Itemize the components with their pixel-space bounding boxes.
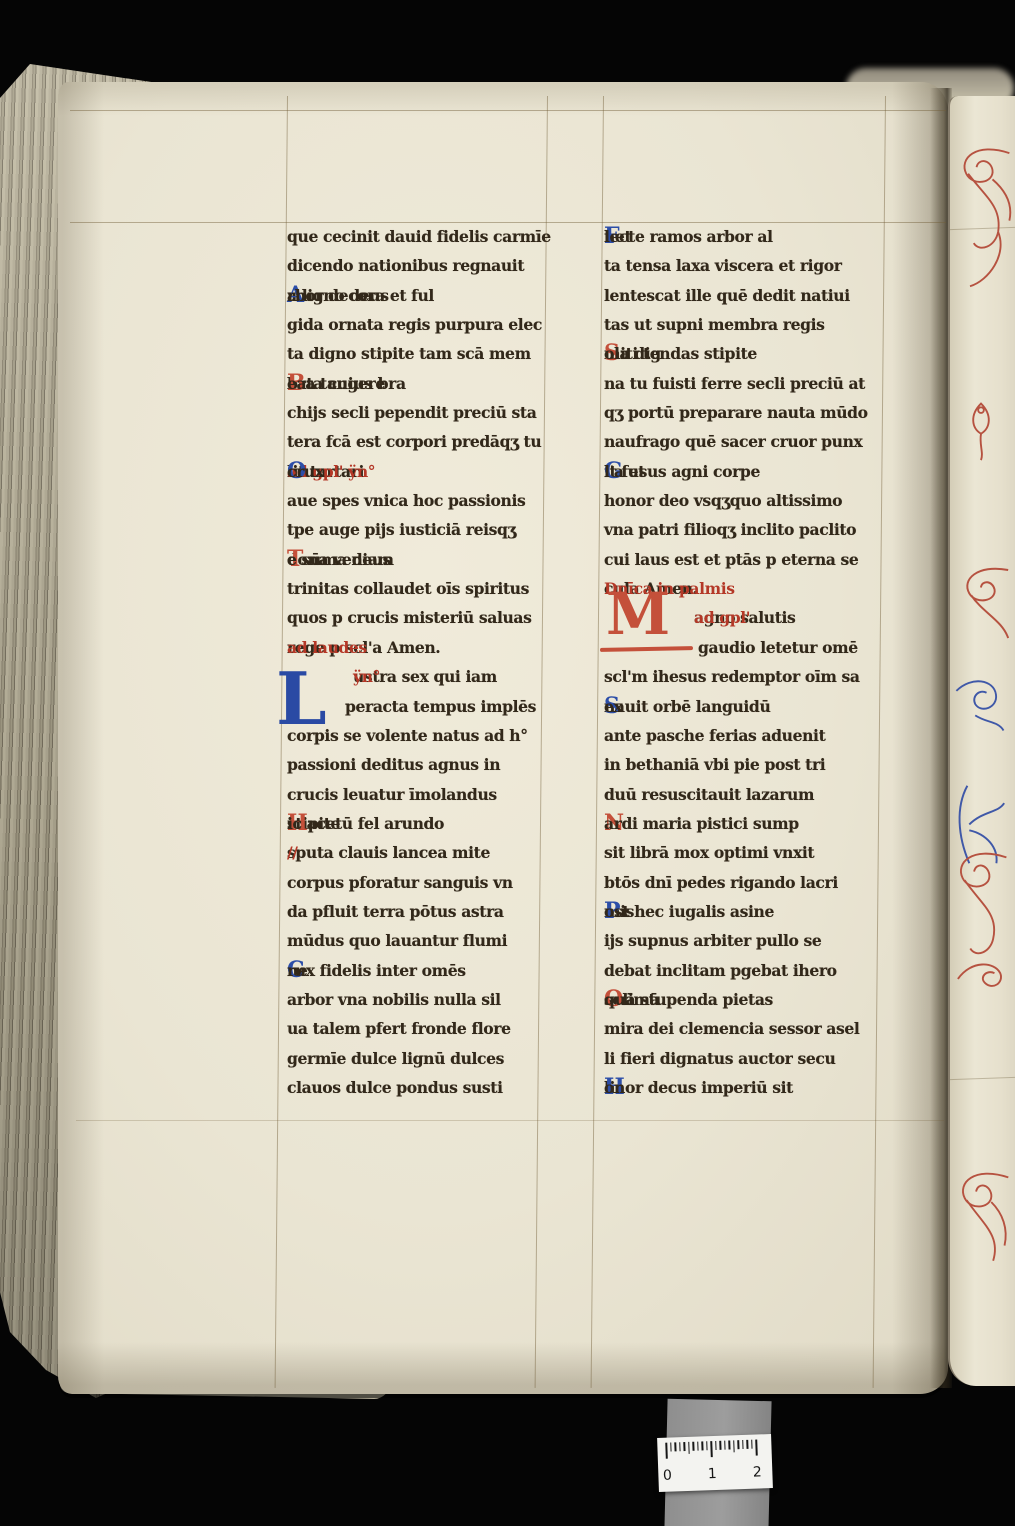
text-line: tas ut supni membra regis xyxy=(604,310,898,339)
body-text: rux fidelis inter omēs xyxy=(287,956,466,985)
text-line: corpus pforatur sanguis vn xyxy=(287,868,581,897)
ruler-tick xyxy=(674,1442,676,1451)
body-text: gida ornata regis purpura elec xyxy=(287,310,542,339)
body-text: quos p crucis misteriū saluas xyxy=(287,603,532,632)
ruling-line-horizontal xyxy=(76,1120,944,1121)
body-text: arbor vna nobilis nulla sil xyxy=(287,985,501,1014)
ruler-tick xyxy=(701,1441,703,1450)
text-line: germīe dulce lignū dulces xyxy=(287,1044,581,1073)
body-text: ost hec iugalis asine xyxy=(604,897,774,926)
body-text: quā stupenda pietas xyxy=(604,985,773,1014)
rubric-text: ad gpl' xyxy=(694,603,750,632)
manuscript-photo-scene: que cecinit dauid fidelis carmīedicendo … xyxy=(0,0,1015,1526)
body-text: sputa clauis lancea mite xyxy=(287,838,490,867)
body-text: vna patri filioqʒ inclito paclito xyxy=(604,515,856,544)
body-text: peracta tempus implēs xyxy=(345,692,536,721)
body-text: sit librā mox optimi vnxit xyxy=(604,838,814,867)
text-line: lit tartari ad gpl' ÿn° Ocrux xyxy=(287,457,581,486)
rubric-text: ad laudes xyxy=(287,633,367,662)
rubric-text: Dnīca in palmis xyxy=(604,574,735,603)
text-line: rege p scl'a Amen. ad laudes xyxy=(287,633,581,662)
penwork-flourish-icon xyxy=(940,140,1015,290)
body-text: debat inclitam pgebat ihero xyxy=(604,956,837,985)
ruler-tick xyxy=(742,1440,744,1449)
body-text: corpus pforatur sanguis vn xyxy=(287,868,513,897)
text-line: honor deo vsqʒquo altissimo xyxy=(604,486,898,515)
ruler-number: 1 xyxy=(705,1464,720,1484)
text-line: peracta tempus implēs xyxy=(287,692,581,721)
text-line: passioni deditus agnus in xyxy=(287,750,581,779)
body-text: e sūma deus xyxy=(287,545,391,574)
text-line: vna patri filioqʒ inclito paclito xyxy=(604,515,898,544)
text-line: aue spes vnica hoc passionis xyxy=(287,486,581,515)
body-text: que cecinit dauid fidelis carmīe xyxy=(287,222,551,251)
text-line: dona veniam Te sūma deus xyxy=(287,545,581,574)
text-line: na tu fuisti ferre secli preciū at xyxy=(604,369,898,398)
penwork-flourish-icon xyxy=(952,952,1010,1004)
ruler-tick xyxy=(697,1442,699,1451)
text-line: in bethaniā vbi pie post tri xyxy=(604,750,898,779)
body-text: ic acetū fel arundo xyxy=(287,809,444,838)
text-line: quos p crucis misteriū saluas xyxy=(287,603,581,632)
body-text: tas ut supni membra regis xyxy=(604,310,825,339)
text-line: mira dei clemencia sessor asel xyxy=(604,1014,898,1043)
body-text: ex xyxy=(604,692,622,721)
text-line: arbor vna nobilis nulla sil xyxy=(287,985,581,1014)
ruler-tick xyxy=(715,1441,717,1450)
body-text: ta tensa laxa viscera et rigor xyxy=(604,251,842,280)
body-text: onor decus imperiū sit xyxy=(604,1073,793,1102)
text-line: debat inclitam pgebat ihero xyxy=(604,956,898,985)
body-text: li fieri dignatus auctor secu xyxy=(604,1044,835,1073)
ruler-number: 2 xyxy=(750,1462,765,1482)
body-text: passioni deditus agnus in xyxy=(287,750,500,779)
ruler-tick xyxy=(724,1441,726,1450)
body-text: rbor decora et ful xyxy=(287,281,434,310)
ruling-line-horizontal xyxy=(70,110,946,111)
text-line: ustra sex qui iam ÿn° xyxy=(287,662,581,691)
body-text: germīe dulce lignū dulces xyxy=(287,1044,504,1073)
text-line: stipite Hic acetū fel arundo xyxy=(287,809,581,838)
text-line: it fusus agni corpe Gl'a et xyxy=(604,457,898,486)
text-line: solimā Oquā stupenda pietas xyxy=(604,985,898,1014)
body-text: ta digno stipite tam scā mem xyxy=(287,339,531,368)
rubric-text: // xyxy=(287,838,298,867)
body-text: dicendo nationibus regnauit xyxy=(287,251,524,280)
text-line: que cecinit dauid fidelis carmīe xyxy=(287,222,581,251)
body-text: ante pasche ferias aduenit xyxy=(604,721,825,750)
text-line: li Honor decus imperiū sit xyxy=(604,1073,898,1102)
text-line: net Flecte ramos arbor al xyxy=(604,222,898,251)
body-text: gaudio letetur omē xyxy=(698,633,858,662)
ruler-tick xyxy=(683,1442,685,1451)
body-text: chijs secli pependit preciū sta xyxy=(287,398,536,427)
ruler-tick xyxy=(688,1442,690,1454)
text-line: gida ornata regis purpura elec xyxy=(287,310,581,339)
rubric-text: ÿn° xyxy=(353,662,380,691)
text-line: tpe auge pijs iusticiā reisqʒ xyxy=(287,515,581,544)
text-column-right: net Flecte ramos arbor alta tensa laxa v… xyxy=(604,222,898,1102)
text-line: da pfluit terra pōtus astra xyxy=(287,897,581,926)
text-line: cui laus est et ptās p eterna se xyxy=(604,545,898,574)
text-line: miti tendas stipite Sola dig xyxy=(604,339,898,368)
penwork-flourish-icon xyxy=(948,672,1010,738)
text-line: gaudio letetur omē xyxy=(604,633,898,662)
text-line: ne Crux fidelis inter omēs xyxy=(287,956,581,985)
text-line: lentescat ille quē dedit natiui xyxy=(604,281,898,310)
ruler-scale: 012 xyxy=(657,1434,773,1492)
body-text: scl'm ihesus redemptor oīm sa xyxy=(604,662,860,691)
body-text: btōs dnī pedes rigando lacri xyxy=(604,868,838,897)
text-line: corpis se volente natus ad h° xyxy=(287,721,581,750)
ruler-tick xyxy=(670,1443,672,1452)
text-line: sputa clauis lancea mite // xyxy=(287,838,581,867)
body-text: lentescat ille quē dedit natiui xyxy=(604,281,850,310)
text-line: dicendo nationibus regnauit xyxy=(287,251,581,280)
body-text: eata cuius bra xyxy=(287,369,406,398)
ruler-number: 0 xyxy=(660,1465,675,1485)
penwork-flourish-icon xyxy=(938,842,1014,962)
body-text: na tu fuisti ferre secli preciū at xyxy=(604,369,865,398)
ruler-tick xyxy=(755,1440,757,1456)
text-line: li fieri dignatus auctor secu xyxy=(604,1044,898,1073)
penwork-flourish-icon xyxy=(944,560,1014,650)
text-column-left: que cecinit dauid fidelis carmīedicendo … xyxy=(287,222,581,1102)
ruler-tick xyxy=(746,1440,748,1449)
ruler-tick xyxy=(665,1443,667,1459)
text-line: qʒ portū preparare nauta mūdo xyxy=(604,398,898,427)
body-text: corpis se volente natus ad h° xyxy=(287,721,528,750)
body-text: duū resuscitauit lazarum xyxy=(604,780,814,809)
text-line: naufrago quē sacer cruor punx xyxy=(604,427,898,456)
ruler-tick xyxy=(706,1441,708,1450)
text-line: ta digno stipite tam scā mem xyxy=(287,339,581,368)
text-line: btōs dnī pedes rigando lacri xyxy=(604,868,898,897)
body-text: tera fcā est corpori predāqʒ tu xyxy=(287,427,541,456)
body-text: in bethaniā vbi pie post tri xyxy=(604,750,825,779)
body-text: crucis leuatur īmolandus xyxy=(287,780,497,809)
body-text: ijs supnus arbiter pullo se xyxy=(604,926,821,955)
body-text: cui laus est et ptās p eterna se xyxy=(604,545,858,574)
text-line: nauit orbē languidū Sex xyxy=(604,692,898,721)
ruler-tick xyxy=(719,1441,721,1450)
text-line: scl'm ihesus redemptor oīm sa xyxy=(604,662,898,691)
ruler-tick xyxy=(710,1441,712,1457)
text-line: ta tensa laxa viscera et rigor xyxy=(604,251,898,280)
body-text: mūdus quo lauantur flumi xyxy=(287,926,507,955)
text-line: crucis leuatur īmolandus xyxy=(287,780,581,809)
penwork-flourish-icon xyxy=(952,396,1010,462)
text-line: mis Post hec iugalis asine xyxy=(604,897,898,926)
text-line: trinitas collaudet oīs spiritus xyxy=(287,574,581,603)
body-text: clauos dulce pondus susti xyxy=(287,1073,503,1102)
text-line: ua talem pfert fronde flore xyxy=(287,1014,581,1043)
text-line: tera fcā est corpori predāqʒ tu xyxy=(287,427,581,456)
body-text: trinitas collaudet oīs spiritus xyxy=(287,574,529,603)
text-line: Nardi maria pistici sump xyxy=(604,809,898,838)
text-line: sit librā mox optimi vnxit xyxy=(604,838,898,867)
body-text: lecte ramos arbor al xyxy=(604,222,773,251)
body-text: nauit orbē languidū xyxy=(604,692,770,721)
text-line: ijs supnus arbiter pullo se xyxy=(604,926,898,955)
ruler-tick xyxy=(692,1442,694,1451)
body-text: ola dig xyxy=(604,339,661,368)
body-text: l'a et xyxy=(604,457,645,486)
text-line: mūdus quo lauantur flumi xyxy=(287,926,581,955)
body-text: aue spes vnica hoc passionis xyxy=(287,486,525,515)
text-line: agno salutis ad gpl' xyxy=(604,603,898,632)
body-text: naufrago quē sacer cruor punx xyxy=(604,427,862,456)
ruler-tick xyxy=(679,1442,681,1451)
text-line: duū resuscitauit lazarum xyxy=(604,780,898,809)
ruler-tick xyxy=(751,1440,753,1449)
text-line: cula Amen. Dnīca in palmis xyxy=(604,574,898,603)
text-line: chijs secli pependit preciū sta xyxy=(287,398,581,427)
body-text: da pfluit terra pōtus astra xyxy=(287,897,504,926)
ruler-tick xyxy=(737,1440,739,1449)
body-text: tpe auge pijs iusticiā reisqʒ xyxy=(287,515,516,544)
body-text: ua talem pfert fronde flore xyxy=(287,1014,511,1043)
text-line: bra tangere Beata cuius bra xyxy=(287,369,581,398)
body-text: mira dei clemencia sessor asel xyxy=(604,1014,859,1043)
body-text: crux xyxy=(287,457,324,486)
ruler-tick xyxy=(728,1440,730,1449)
text-line: ante pasche ferias aduenit xyxy=(604,721,898,750)
text-line: a ligno deus Arbor decora et ful xyxy=(287,281,581,310)
penwork-flourish-icon xyxy=(942,1160,1014,1280)
body-text: honor deo vsqʒquo altissimo xyxy=(604,486,842,515)
text-line: clauos dulce pondus susti xyxy=(287,1073,581,1102)
ruler-tick xyxy=(733,1440,735,1452)
body-text: ardi maria pistici sump xyxy=(604,809,799,838)
body-text: qʒ portū preparare nauta mūdo xyxy=(604,398,868,427)
